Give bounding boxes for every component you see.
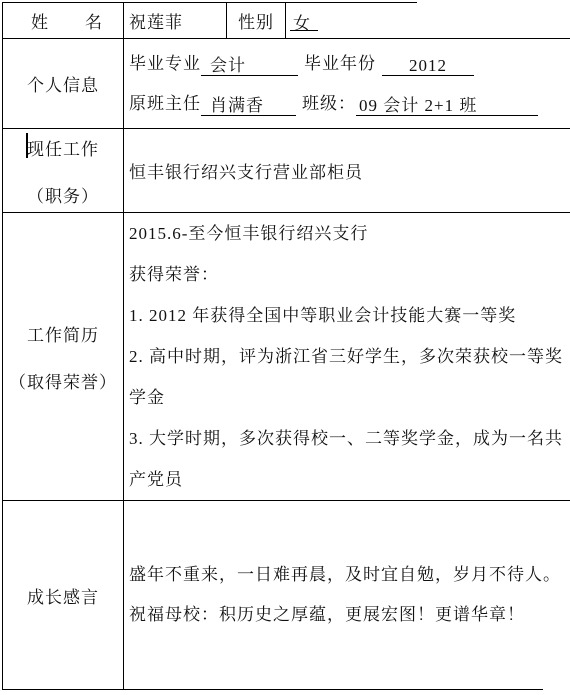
personal-info-label: 个人信息 <box>27 71 99 96</box>
growth-reflection-label: 成长感言 <box>27 583 99 608</box>
current-job-content-cell[interactable]: 恒丰银行绍兴支行营业部柜员 <box>124 129 570 212</box>
current-job-content: 恒丰银行绍兴支行营业部柜员 <box>129 158 363 183</box>
name-value: 祝莲菲 <box>129 8 183 33</box>
work-history-paragraph: 1. 2012 年获得全国中等职业会计技能大赛一等奖 <box>129 295 570 336</box>
growth-reflection-content-cell[interactable]: 盛年不重来，一日难再晨，及时宜自勉，岁月不待人。 祝福母校：积历史之厚蕴，更展宏… <box>124 501 570 689</box>
work-history-label-line2: （取得荣誉） <box>9 368 117 393</box>
name-label-char2: 名 <box>85 8 103 33</box>
name-label: 姓 名 <box>3 8 123 33</box>
personal-info-content-cell[interactable]: 毕业专业会计毕业年份2012 原班主任肖满香班级：09 会计 2+1 班 <box>124 39 570 128</box>
current-job-label-line1: 现任工作 <box>27 135 99 160</box>
personal-info-line1: 毕业专业会计毕业年份2012 <box>129 52 570 76</box>
name-value-cell[interactable]: 祝莲菲 <box>124 2 226 38</box>
major-value-field[interactable]: 会计 <box>201 54 298 76</box>
class-label: 班级： <box>302 94 356 113</box>
teacher-value-field[interactable]: 肖满香 <box>201 94 296 116</box>
gender-value-cell[interactable]: 女 <box>286 2 568 38</box>
text-cursor-caret <box>26 133 28 158</box>
personal-info-line2: 原班主任肖满香班级：09 会计 2+1 班 <box>129 92 570 116</box>
grad-year-value-field[interactable]: 2012 <box>382 54 474 76</box>
table-border-bottom <box>2 689 543 690</box>
work-history-label-cell: 工作简历 （取得荣誉） <box>3 213 123 500</box>
major-label: 毕业专业 <box>129 54 201 73</box>
name-label-cell: 姓 名 <box>3 2 123 38</box>
gender-label-cell: 性别 <box>227 2 285 38</box>
growth-reflection-paragraph: 祝福母校：积历史之厚蕴，更展宏图！更谱华章！ <box>129 595 570 635</box>
resume-form-table: 姓 名 祝莲菲 性别 女 个人信息 毕业专业会计毕业年份2012 原班主任肖满香… <box>0 0 570 695</box>
work-history-paragraph: 获得荣誉： <box>129 254 570 295</box>
work-history-paragraph: 2015.6-至今恒丰银行绍兴支行 <box>129 213 570 254</box>
work-history-content-cell[interactable]: 2015.6-至今恒丰银行绍兴支行 获得荣誉： 1. 2012 年获得全国中等职… <box>124 213 570 500</box>
grad-year-label: 毕业年份 <box>304 54 376 73</box>
gender-value-field[interactable]: 女 <box>290 9 318 31</box>
current-job-label-line2: （职务） <box>27 182 99 207</box>
growth-reflection-label-cell: 成长感言 <box>3 501 123 689</box>
teacher-label: 原班主任 <box>129 94 201 113</box>
current-job-label-cell: 现任工作 （职务） <box>3 129 123 212</box>
personal-info-label-cell: 个人信息 <box>3 39 123 128</box>
work-history-label-line1: 工作简历 <box>27 321 99 346</box>
name-label-char1: 姓 <box>31 8 49 33</box>
work-history-paragraph: 3. 大学时期，多次获得校一、二等奖学金，成为一名共产党员 <box>129 418 570 500</box>
work-history-paragraph: 2. 高中时期，评为浙江省三好学生，多次荣获校一等奖学金 <box>129 336 570 418</box>
class-value-field[interactable]: 09 会计 2+1 班 <box>356 94 538 116</box>
gender-label: 性别 <box>238 8 274 33</box>
growth-reflection-paragraph: 盛年不重来，一日难再晨，及时宜自勉，岁月不待人。 <box>129 555 570 595</box>
